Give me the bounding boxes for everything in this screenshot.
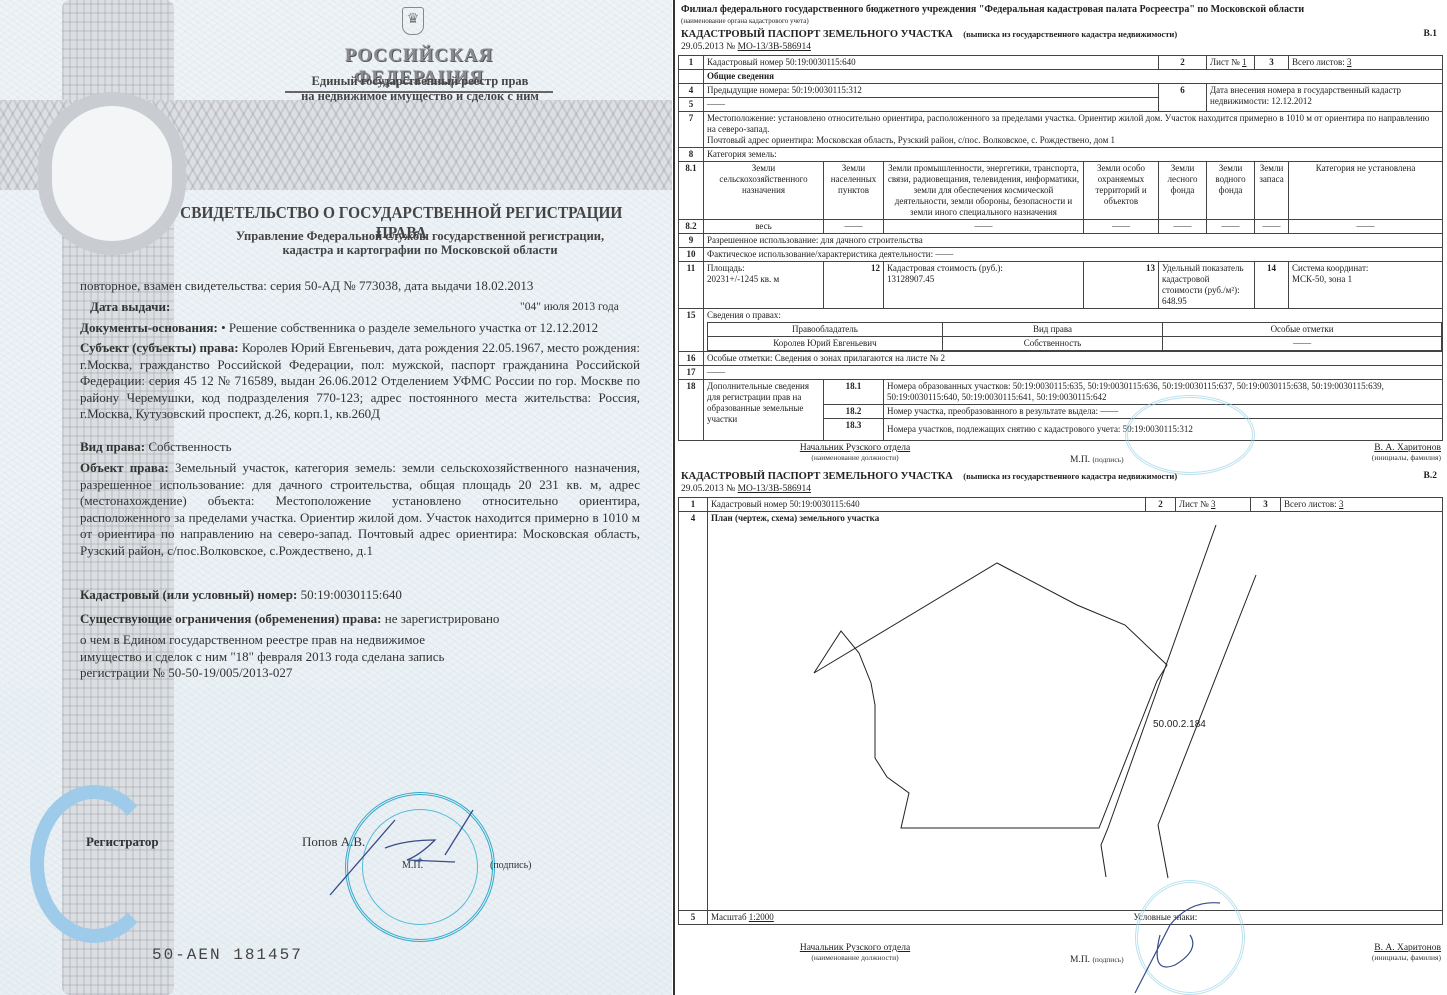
category-header: Земли лесного фонда: [1159, 162, 1207, 220]
record-text: о чем в Едином государственном реестре п…: [80, 632, 490, 682]
coordinate-system-value: МСК-50, зона 1: [1292, 274, 1439, 285]
object-row: Объект права: Земельный участок, категор…: [80, 460, 640, 559]
org-caption: (наименование органа кадастрового учета): [681, 17, 809, 25]
area: Площадь:20231+/-1245 кв. м: [704, 262, 824, 309]
row5-num: 5: [679, 98, 704, 112]
row14-num: 14: [1255, 262, 1289, 309]
land-category-label: Категория земель:: [704, 148, 1443, 162]
sheet2-total-label: Всего листов:: [1284, 499, 1339, 509]
category-header: Земли особо охраняемых территорий и объе…: [1084, 162, 1159, 220]
special-notes: Особые отметки: Сведения о зонах прилага…: [704, 352, 1443, 366]
category-header: Земли населенных пунктов: [824, 162, 884, 220]
issuer-line-2: кадастра и картографии по Московской обл…: [200, 243, 640, 257]
row181-num: 18.1: [824, 380, 884, 405]
sheet2-sheet-number: Лист № 3: [1176, 498, 1251, 512]
sheet2-row3-num: 3: [1251, 498, 1281, 512]
category-value: ——: [884, 220, 1084, 234]
plan-label: План (чертеж, схема) земельного участка: [708, 512, 1442, 525]
sheet-number-label: Лист №: [1210, 57, 1242, 67]
issuer-line-1: Управление Федеральной службы государств…: [200, 229, 640, 243]
row10-num: 10: [679, 248, 704, 262]
land-plot-boundary: [814, 563, 1167, 828]
row1-num: 1: [679, 56, 704, 70]
row2-num: 2: [1159, 56, 1207, 70]
position-caption: (наименование должности): [775, 953, 935, 962]
previous-numbers: Предыдущие номера: 50:19:0030115:312: [704, 84, 1159, 98]
rights-info: Сведения о правах: Правообладатель Вид п…: [704, 309, 1443, 352]
issue-date-label: Дата выдачи:: [90, 299, 170, 314]
sheet1-subtitle: (выписка из государственного кадастра не…: [963, 29, 1177, 39]
sheet1-doc-number: МО-13/ЗВ-586914: [738, 42, 811, 52]
row182-num: 18.2: [824, 405, 884, 419]
issuer: Управление Федеральной службы государств…: [200, 229, 640, 257]
row82-num: 8.2: [679, 220, 704, 234]
sheet1-stamp-mark: М.П. (подпись): [1070, 455, 1124, 465]
category-value: ——: [1255, 220, 1289, 234]
cadastral-value: Кадастровая стоимость (руб.):13128907.45: [884, 262, 1084, 309]
category-value: весь: [704, 220, 824, 234]
rights-header-type: Вид права: [942, 323, 1162, 337]
signature-caption: (подпись): [1092, 455, 1123, 464]
registry-line-1: Единый государственный реестр прав: [260, 74, 580, 89]
permitted-use: Разрешенное использование: для дачного с…: [704, 234, 1443, 248]
row3-num: 3: [1255, 56, 1289, 70]
serial-number: 50-AEN 181457: [152, 946, 303, 964]
org-name: Филиал федерального государственного бюд…: [681, 4, 1304, 15]
row17-value: ——: [704, 366, 1443, 380]
sheet2-total-value: 3: [1339, 499, 1344, 509]
sheet2-position: Начальник Рузского отдела (наименование …: [775, 943, 935, 962]
encumbrance-value: не зарегистрировано: [381, 611, 499, 626]
sheet2-sheet-value: 3: [1211, 499, 1216, 509]
sheet2-date-text: 29.05.2013 №: [681, 484, 738, 494]
sheet1-stamp: [1125, 395, 1255, 475]
sheet2-sheet-label: Лист №: [1179, 499, 1211, 509]
position-text: Начальник Рузского отдела: [775, 943, 935, 953]
scale-value: 1:2000: [749, 912, 774, 922]
encumbrance-row: Существующие ограничения (обременения) п…: [80, 611, 640, 628]
category-value: ——: [1207, 220, 1255, 234]
cadastral-passport: Филиал федерального государственного бюд…: [673, 0, 1447, 995]
cadastral-value: 50:19:0030115:640: [297, 587, 402, 602]
sheet2-official: В. А. Харитонов (инициалы, фамилия): [1372, 943, 1441, 962]
sheet2-total-sheets: Всего листов: 3: [1281, 498, 1443, 512]
official-name: В. А. Харитонов: [1372, 443, 1441, 453]
registry-line-2: на недвижимое имущество и сделок с ним: [260, 89, 580, 104]
total-sheets-label: Всего листов:: [1292, 57, 1347, 67]
sheet1-form-code: В.1: [1424, 29, 1437, 39]
encumbrance-label: Существующие ограничения (обременения) п…: [80, 611, 381, 626]
coordinate-system-label: Система координат:: [1292, 263, 1439, 274]
cadastral-label: Кадастровый (или условный) номер:: [80, 587, 297, 602]
documents-row: Документы-основания: • Решение собственн…: [80, 320, 640, 337]
registration-certificate: ♛ РОССИЙСКАЯ ФЕДЕРАЦИЯ Единый государств…: [0, 0, 672, 995]
category-header: Земли сельскохозяйственного назначения: [704, 162, 824, 220]
area-label: Площадь:: [707, 263, 820, 274]
sheet2-row4-num: 4: [679, 512, 708, 911]
land-category-values: 8.2 весь —— —— —— —— —— —— ——: [679, 220, 1443, 234]
sheet2-form-code: В.2: [1424, 471, 1437, 481]
specific-value-label: Удельный показатель кадастровой стоимост…: [1162, 263, 1251, 296]
category-header: Земли промышленности, энергетики, трансп…: [884, 162, 1084, 220]
sheet2-date: 29.05.2013 № МО-13/ЗВ-586914: [681, 484, 811, 494]
scale-row: Масштаб 1:2000 Условные знаки:: [708, 911, 1443, 925]
signature-scribble: [325, 800, 475, 900]
sheet1-title: КАДАСТРОВЫЙ ПАСПОРТ ЗЕМЕЛЬНОГО УЧАСТКА: [681, 29, 953, 40]
general-info-heading: Общие сведения: [704, 70, 1443, 84]
postal-address: Почтовый адрес ориентира: Московская обл…: [707, 135, 1439, 146]
stamp-mark: М.П.: [1070, 455, 1090, 465]
row16-num: 16: [679, 352, 704, 366]
category-header: Земли запаса: [1255, 162, 1289, 220]
specific-value: Удельный показатель кадастровой стоимост…: [1159, 262, 1255, 309]
location-text: Местоположение: установлено относительно…: [707, 113, 1439, 135]
category-value: ——: [1159, 220, 1207, 234]
category-header: Земли водного фонда: [1207, 162, 1255, 220]
row13-num: 13: [1084, 262, 1159, 309]
repeat-note: повторное, взамен свидетельства: серия 5…: [80, 278, 640, 295]
right-type-label: Вид права:: [80, 439, 145, 454]
row81-num: 8.1: [679, 162, 704, 220]
rights-table: Правообладатель Вид права Особые отметки…: [707, 322, 1442, 351]
sheet1-table: 1 Кадастровый номер 50:19:0030115:640 2 …: [678, 55, 1443, 441]
total-sheets: Всего листов: 3: [1289, 56, 1443, 70]
category-header: Категория не установлена: [1289, 162, 1443, 220]
sheet2-header: КАДАСТРОВЫЙ ПАСПОРТ ЗЕМЕЛЬНОГО УЧАСТКА (…: [681, 471, 1441, 482]
sheet1-date-text: 29.05.2013 №: [681, 42, 738, 52]
sheet1-position: Начальник Рузского отдела (наименование …: [775, 443, 935, 462]
rights-header-notes: Особые отметки: [1163, 323, 1442, 337]
documents-label: Документы-основания:: [80, 320, 218, 335]
actual-use: Фактическое использование/характеристика…: [704, 248, 1443, 262]
sheet2-doc-number: МО-13/ЗВ-586914: [738, 484, 811, 494]
coordinate-system: Система координат:МСК-50, зона 1: [1289, 262, 1443, 309]
sheet2-cadastral-number: Кадастровый номер 50:19:0030115:640: [708, 498, 1146, 512]
sheet-number-value: 1: [1242, 57, 1247, 67]
land-category-headers: 8.1 Земли сельскохозяйственного назначен…: [679, 162, 1443, 220]
sheet2-title: КАДАСТРОВЫЙ ПАСПОРТ ЗЕМЕЛЬНОГО УЧАСТКА: [681, 471, 953, 482]
category-value: ——: [1084, 220, 1159, 234]
issue-date-value: "04" июля 2013 года: [520, 299, 619, 316]
total-sheets-value: 3: [1347, 57, 1352, 67]
row7-num: 7: [679, 112, 704, 148]
rights-header-holder: Правообладатель: [708, 323, 943, 337]
documents-value: • Решение собственника о разделе земельн…: [218, 320, 598, 335]
row6-num: 6: [1159, 84, 1207, 112]
location: Местоположение: установлено относительно…: [704, 112, 1443, 148]
stamp-mark: М.П.: [1070, 955, 1090, 965]
subject-label: Субъект (субъекты) права:: [80, 340, 239, 355]
sheet2-signature-scribble: [1130, 895, 1250, 995]
area-value: 20231+/-1245 кв. м: [707, 274, 820, 285]
signature-caption: (подпись): [1092, 955, 1123, 964]
road-label: 50.00.2.184: [1153, 719, 1206, 730]
sheet2-table: 1 Кадастровый номер 50:19:0030115:640 2 …: [678, 497, 1443, 925]
row5-value: ——: [704, 98, 1159, 112]
row183-num: 18.3: [824, 419, 884, 441]
hologram-ring: [30, 785, 158, 943]
sheet2-stamp-mark: М.П. (подпись): [1070, 955, 1124, 965]
row8-num: 8: [679, 148, 704, 162]
sheet1-official: В. А. Харитонов (инициалы, фамилия): [1372, 443, 1441, 462]
rights-notes: ——: [1163, 337, 1442, 351]
rights-type: Собственность: [942, 337, 1162, 351]
additional-info-label: Дополнительные сведения для регистрации …: [704, 380, 824, 441]
row18-num: 18: [679, 380, 704, 441]
row12-num: 12: [824, 262, 884, 309]
position-text: Начальник Рузского отдела: [775, 443, 935, 453]
category-value: ——: [1289, 220, 1443, 234]
category-value: ——: [824, 220, 884, 234]
official-name-caption: (инициалы, фамилия): [1372, 953, 1441, 962]
rights-info-label: Сведения о правах:: [707, 310, 1442, 321]
specific-value-amount: 648.95: [1162, 296, 1251, 307]
plan-cell: План (чертеж, схема) земельного участка …: [708, 512, 1443, 911]
sheet-number: Лист № 1: [1207, 56, 1255, 70]
plot-drawing: 50.00.2.184: [708, 525, 1442, 910]
cadastral-row: Кадастровый (или условный) номер: 50:19:…: [80, 587, 640, 604]
subject-row: Субъект (субъекты) права: Королев Юрий Е…: [80, 340, 640, 423]
cadastral-number: Кадастровый номер 50:19:0030115:640: [704, 56, 1159, 70]
cadastral-value-label: Кадастровая стоимость (руб.):: [887, 263, 1080, 274]
sheet2-row2-num: 2: [1146, 498, 1176, 512]
sheet2-row5-num: 5: [679, 911, 708, 925]
registry-subtitle: Единый государственный реестр прав на не…: [260, 74, 580, 104]
sheet1-date: 29.05.2013 № МО-13/ЗВ-586914: [681, 42, 811, 52]
russian-coat-of-arms-icon: ♛: [402, 7, 424, 35]
object-label: Объект права:: [80, 460, 169, 475]
registration-date: Дата внесения номера в государственный к…: [1207, 84, 1443, 112]
land-plot-plan: 50.00.2.184: [708, 525, 1442, 910]
right-type-value: Собственность: [145, 439, 231, 454]
row9-num: 9: [679, 234, 704, 248]
signature-caption: (подпись): [490, 858, 672, 875]
official-name-caption: (инициалы, фамилия): [1372, 453, 1441, 462]
cadastral-value-amount: 13128907.45: [887, 274, 1080, 285]
row17-num: 17: [679, 366, 704, 380]
row4-num: 4: [679, 84, 704, 98]
watermark-oval: [38, 92, 186, 255]
right-type-row: Вид права: Собственность: [80, 439, 640, 456]
row15-num: 15: [679, 309, 704, 352]
issue-date-row: Дата выдачи: "04" июля 2013 года: [90, 299, 650, 316]
rights-holder: Королев Юрий Евгеньевич: [708, 337, 943, 351]
scale-label: Масштаб: [711, 912, 749, 922]
official-name: В. А. Харитонов: [1372, 943, 1441, 953]
position-caption: (наименование должности): [775, 453, 935, 462]
sheet1-header: КАДАСТРОВЫЙ ПАСПОРТ ЗЕМЕЛЬНОГО УЧАСТКА (…: [681, 29, 1441, 40]
sheet2-row1-num: 1: [679, 498, 708, 512]
row11-num: 11: [679, 262, 704, 309]
sheet2-subtitle: (выписка из государственного кадастра не…: [963, 471, 1177, 481]
